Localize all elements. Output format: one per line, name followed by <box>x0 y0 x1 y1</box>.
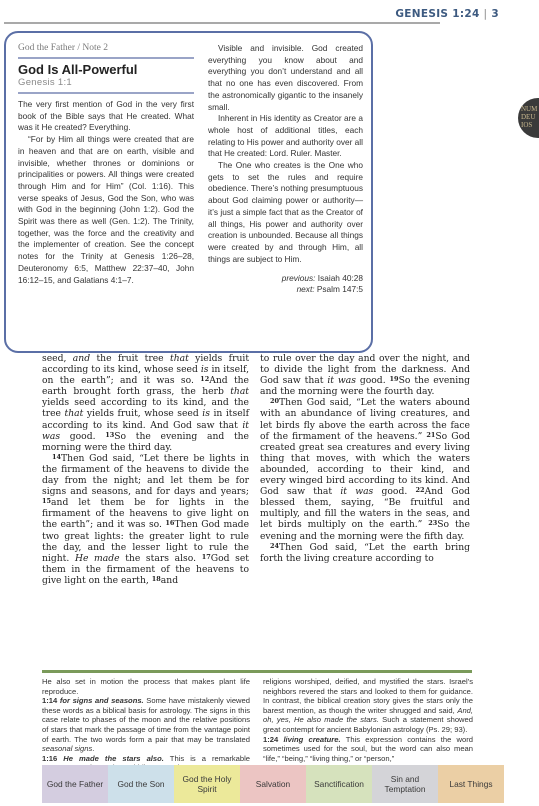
tab-label: Salvation <box>256 779 290 789</box>
seal-text: NUM <box>521 105 539 113</box>
running-head-separator: | <box>484 8 488 20</box>
verse-number: 24 <box>270 542 279 550</box>
page-number: 3 <box>491 8 499 20</box>
concept-note-box: God the Father / Note 2 God Is All-Power… <box>4 31 373 353</box>
commentary-note: 1:14 for signs and seasons. Some have mi… <box>42 696 250 754</box>
commentary-paragraph: He also set in motion the process that m… <box>42 677 250 696</box>
note-series-label: God the Father / Note 2 <box>18 43 194 59</box>
verse-number: 20 <box>270 397 279 405</box>
tab-god-the-father[interactable]: God the Father <box>42 765 108 803</box>
tab-salvation[interactable]: Salvation <box>240 765 306 803</box>
note-paragraph: Visible and invisible. God created every… <box>208 43 363 113</box>
theme-tabs-bar: God the Father God the Son God the Holy … <box>42 765 504 803</box>
note-left-column: God the Father / Note 2 God Is All-Power… <box>18 43 194 286</box>
scripture-column-right: to rule over the day and over the night,… <box>260 353 470 564</box>
tab-sanctification[interactable]: Sanctification <box>306 765 372 803</box>
tab-label: Sin and Temptation <box>375 774 435 794</box>
previous-reference: Isaiah 40:28 <box>318 273 363 283</box>
note-paragraph: Inherent in His identity as Creator are … <box>208 113 363 160</box>
note-right-column: Visible and invisible. God created every… <box>208 43 363 295</box>
running-head-reference: GENESIS 1:24 <box>395 8 479 20</box>
scripture-paragraph: seed, and the fruit tree that yields fru… <box>42 353 249 453</box>
verse-number: 22 <box>416 486 425 494</box>
commentary-column-right: religions worshiped, deified, and mystif… <box>263 677 473 763</box>
tab-last-things[interactable]: Last Things <box>438 765 504 803</box>
scripture-paragraph: 14Then God said, “Let there be lights in… <box>42 453 249 586</box>
previous-label: previous: <box>282 273 316 283</box>
thumb-index-seal: NUM DEU IOS <box>518 98 539 138</box>
tab-label: God the Father <box>47 779 103 789</box>
note-body: The very first mention of God in the ver… <box>18 99 194 286</box>
previous-note-link[interactable]: previous: Isaiah 40:28 <box>208 273 363 284</box>
tab-label: Last Things <box>449 779 492 789</box>
next-note-link[interactable]: next: Psalm 147:5 <box>208 284 363 295</box>
verse-number: 15 <box>42 497 51 505</box>
tab-sin-and-temptation[interactable]: Sin and Temptation <box>372 765 438 803</box>
scripture-column-left: seed, and the fruit tree that yields fru… <box>42 353 249 586</box>
note-navigation: previous: Isaiah 40:28 next: Psalm 147:5 <box>208 273 363 295</box>
note-paragraph: The very first mention of God in the ver… <box>18 99 194 134</box>
tab-label: God the Son <box>117 779 164 789</box>
commentary-divider <box>42 670 472 673</box>
note-reference: Genesis 1:1 <box>18 77 194 94</box>
tab-god-the-son[interactable]: God the Son <box>108 765 174 803</box>
note-paragraph: “For by Him all things were created that… <box>18 134 194 286</box>
verse-number: 12 <box>200 375 209 383</box>
tab-god-the-holy-spirit[interactable]: God the Holy Spirit <box>174 765 240 803</box>
verse-number: 13 <box>105 431 114 439</box>
tab-label: Sanctification <box>314 779 364 789</box>
verse-number: 14 <box>52 453 61 461</box>
commentary-column-left: He also set in motion the process that m… <box>42 677 250 773</box>
seal-text: DEU <box>521 113 539 121</box>
verse-number: 23 <box>428 519 437 527</box>
verse-number: 18 <box>152 575 161 583</box>
next-reference: Psalm 147:5 <box>317 284 363 294</box>
note-title: God Is All-Powerful <box>18 63 194 77</box>
header-rule <box>4 22 440 24</box>
tab-label: God the Holy Spirit <box>177 774 237 794</box>
commentary-note: 1:24 living creature. This expression co… <box>263 735 473 764</box>
scripture-paragraph: 24Then God said, “Let the earth bring fo… <box>260 542 470 564</box>
commentary-paragraph: religions worshiped, deified, and mystif… <box>263 677 473 735</box>
running-head: GENESIS 1:24|3 <box>395 8 499 20</box>
verse-number: 19 <box>390 375 399 383</box>
scripture-paragraph: 20Then God said, “Let the waters abound … <box>260 397 470 541</box>
note-paragraph: The One who creates is the One who gets … <box>208 160 363 265</box>
seal-text: IOS <box>521 121 539 129</box>
next-label: next: <box>297 284 315 294</box>
scripture-paragraph: to rule over the day and over the night,… <box>260 353 470 397</box>
verse-number: 17 <box>202 553 211 561</box>
